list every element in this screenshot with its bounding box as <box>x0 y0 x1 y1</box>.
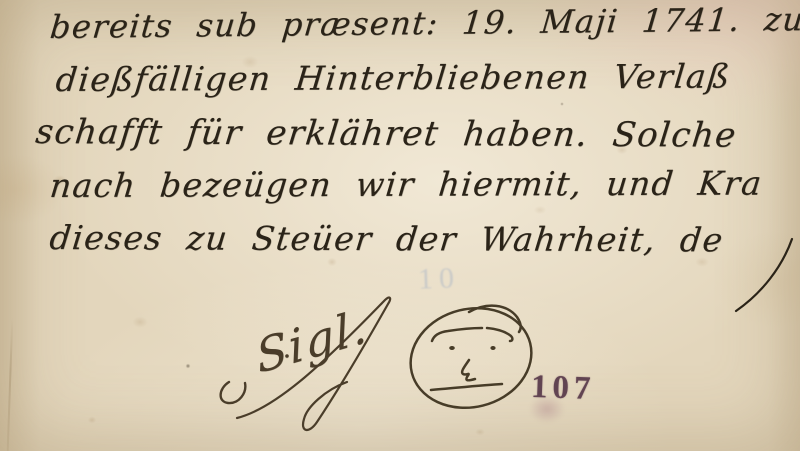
paper-crease <box>7 318 14 451</box>
signature: Sigl. <box>215 288 415 450</box>
face-doodle-icon <box>405 300 540 415</box>
faint-number-stamp: 10 <box>417 261 460 296</box>
manuscript-line-3: schafft für erklähret haben. Solche <box>34 112 739 156</box>
manuscript-line-2: dießfälligen Hinterbliebenen Verlaß <box>54 56 733 99</box>
manuscript-line-4: nach bezeügen wir hiermit, und Kra <box>48 164 764 206</box>
manuscript-line-5: dieses zu Steüer der Wahrheit, de <box>48 218 726 259</box>
manuscript-line-1: bereits sub præsent: 19. Maji 1741. zu <box>48 0 800 46</box>
archival-number-stamp: 107 <box>530 369 596 408</box>
ink-flourish <box>680 235 800 325</box>
manuscript-photo: bereits sub præsent: 19. Maji 1741. zu d… <box>0 0 800 451</box>
